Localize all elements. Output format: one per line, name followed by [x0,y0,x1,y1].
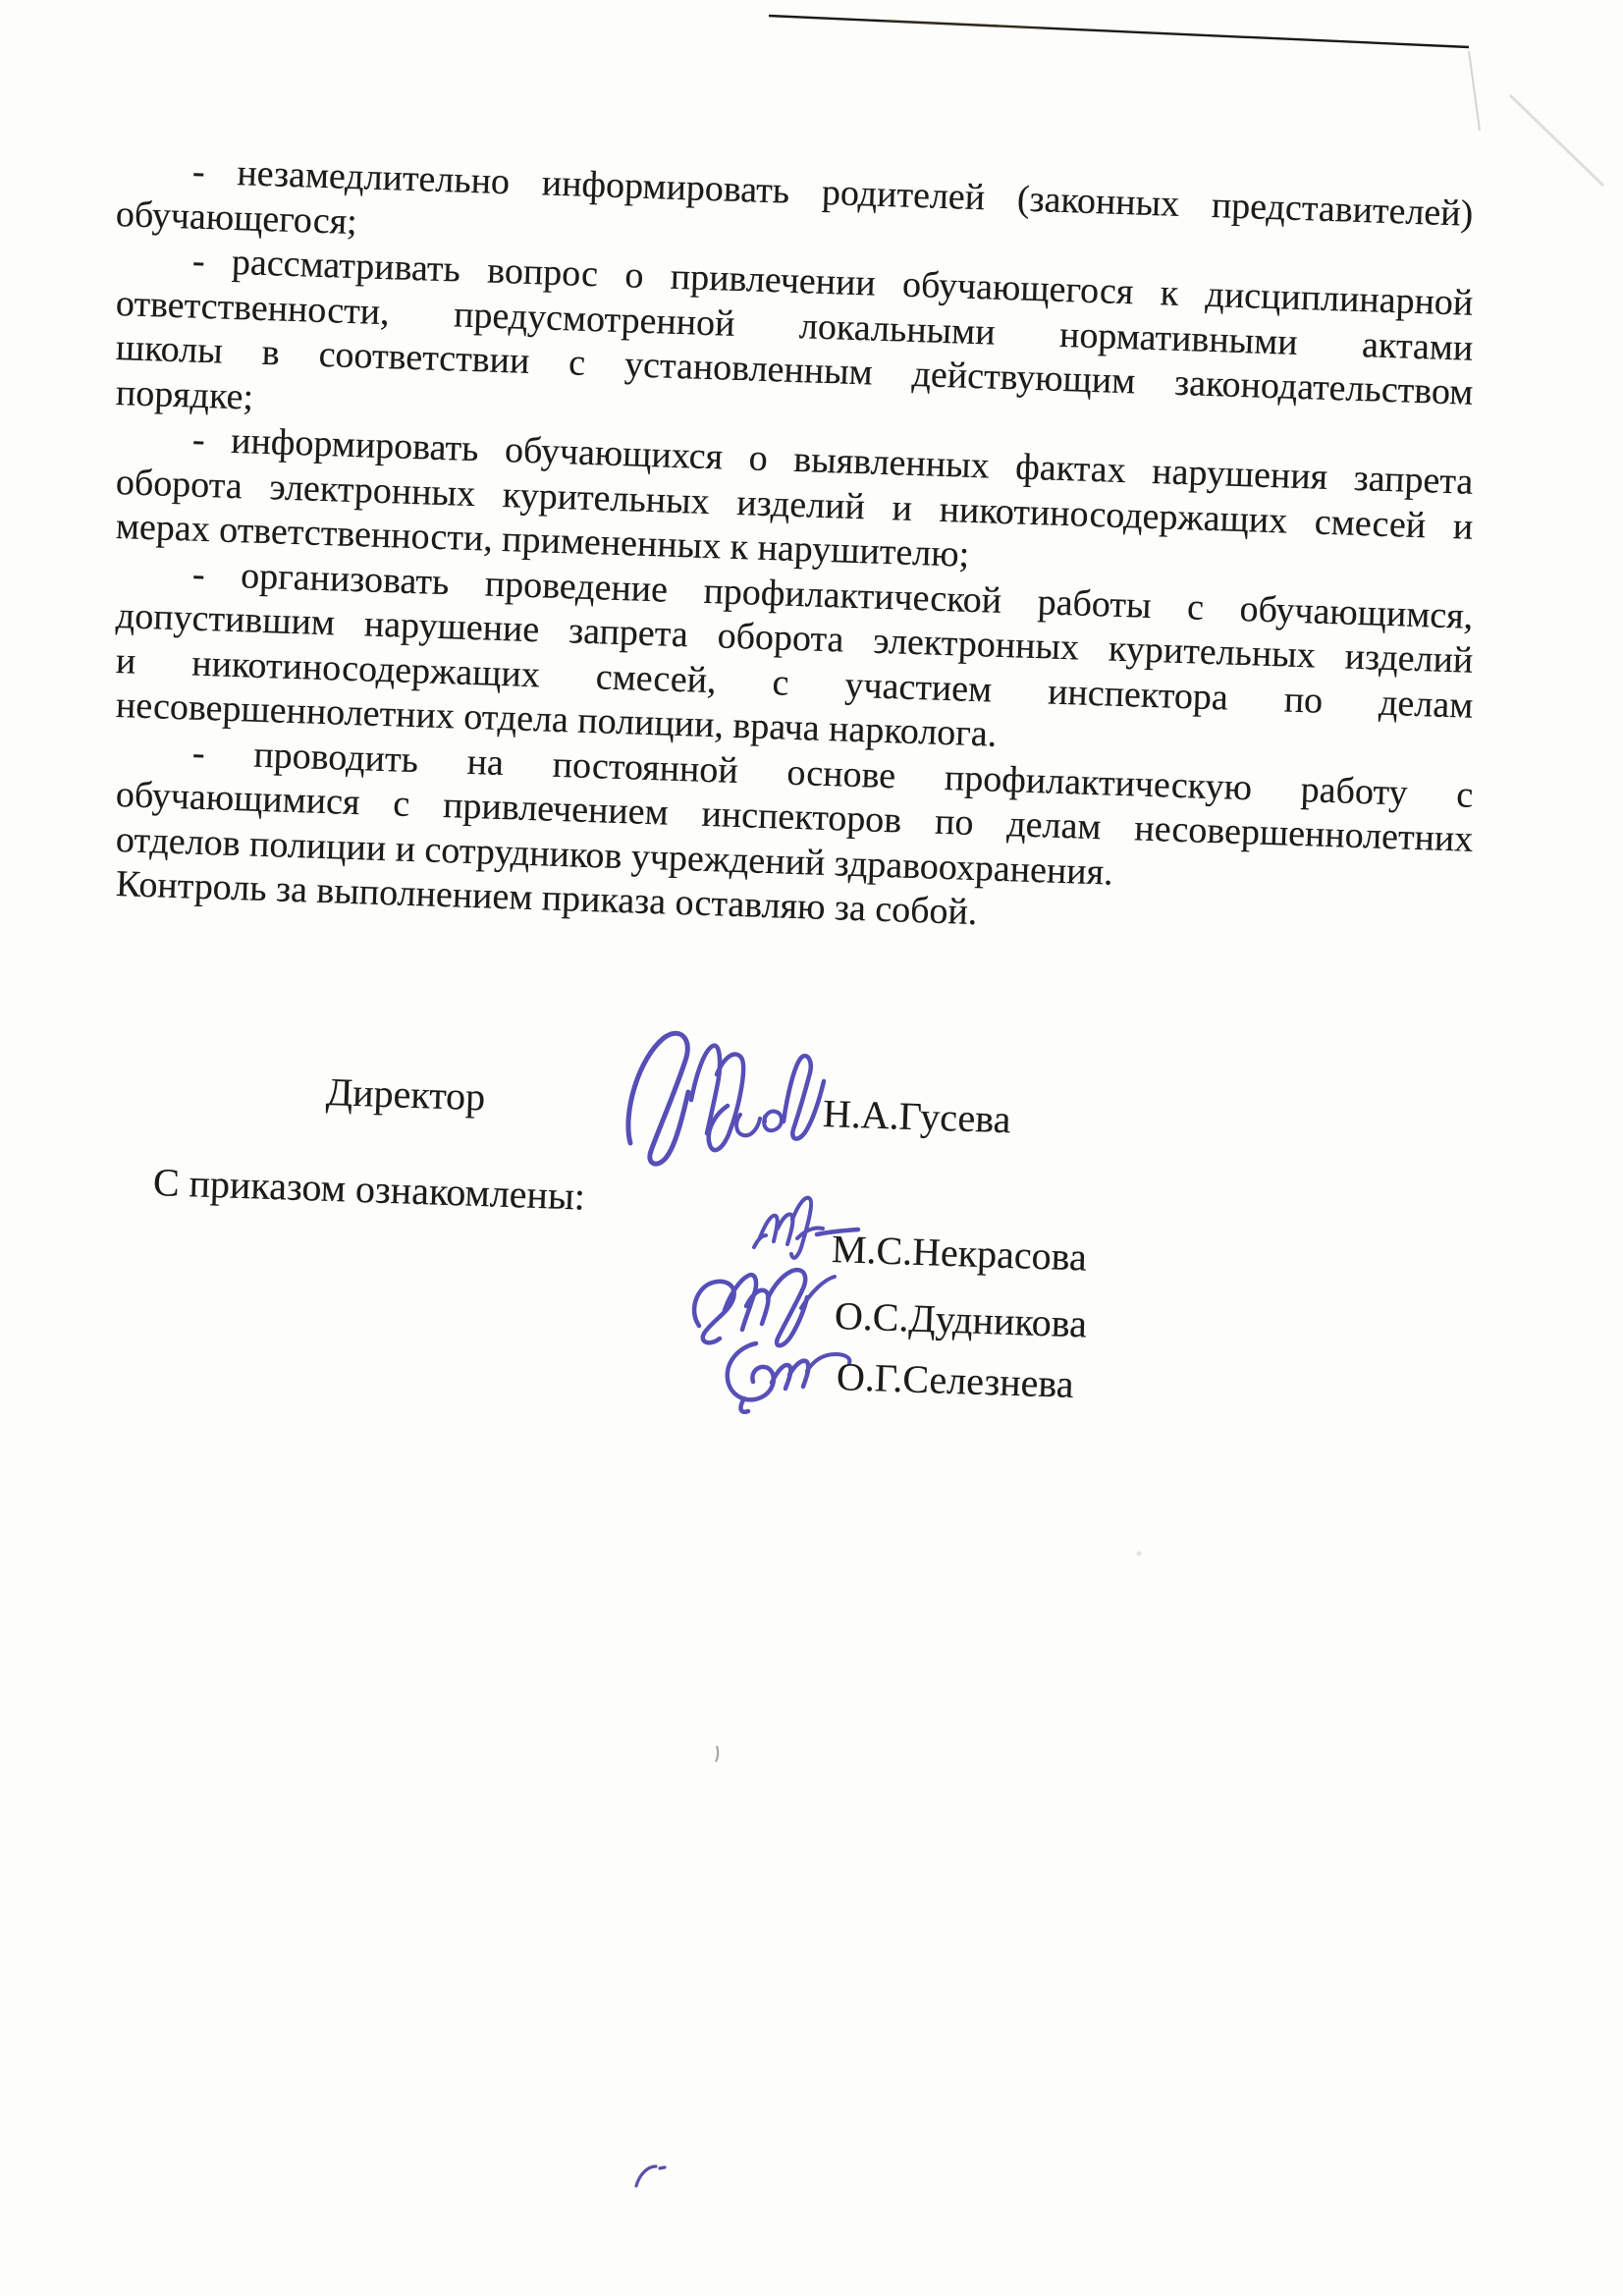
acknowledged-heading: С приказом ознакомлены: [152,1161,585,1219]
order-body-text: - незамедлительно информировать родителе… [116,147,1474,907]
scanned-document-page: - незамедлительно информировать родителе… [0,0,1623,2296]
ack-name-selezneva: О.Г.Селезнева [836,1355,1074,1406]
stray-ink-mark [630,2159,675,2194]
speck-artifact [687,1532,1178,1787]
director-name: Н.А.Гусева [822,1092,1011,1141]
ack-name-nekrasova: М.С.Некрасова [831,1228,1087,1280]
director-signature-ink [615,1023,831,1178]
director-title-label: Директор [325,1070,486,1119]
ack-name-dudnikova: О.С.Дудникова [834,1294,1087,1345]
